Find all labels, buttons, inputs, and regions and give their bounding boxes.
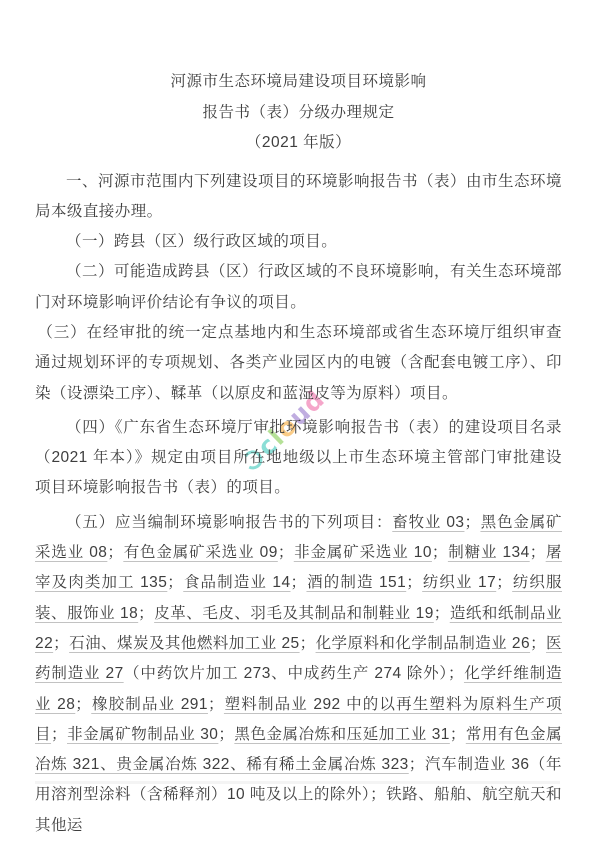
paragraph: （二）可能造成跨县（区）行政区域的不良环境影响，有关生态环境部门对环境影响评价结… [35, 257, 562, 318]
text-segment: ； [530, 544, 546, 561]
title-line-1: 河源市生态环境局建设项目环境影响 [35, 67, 562, 98]
proofing-underlined-term: 食品制造业 14 [183, 574, 290, 591]
document-body: 一、河源市范围内下列建设项目的环境影响报告书（表）由市生态环境局本级直接办理。（… [35, 167, 562, 841]
text-segment: ； [450, 726, 466, 743]
proofing-underlined-term: 畜牧业 03 [392, 514, 464, 531]
title-line-3: （2021 年版） [35, 128, 562, 159]
text-segment: ； [434, 605, 450, 622]
proofing-underlined-term: 石油、煤炭及其他燃料加工业 25 [69, 635, 299, 652]
text-segment: ； [218, 726, 234, 743]
document-content: 河源市生态环境局建设项目环境影响 报告书（表）分级办理规定 （2021 年版） … [35, 67, 562, 841]
proofing-underlined-term: 非金属矿物制品业 30 [67, 726, 218, 743]
document-title: 河源市生态环境局建设项目环境影响 报告书（表）分级办理规定 （2021 年版） [35, 67, 562, 159]
document-page: cloud 河源市生态环境局建设项目环境影响 报告书（表）分级办理规定 （202… [0, 0, 595, 841]
text-segment: ； [432, 544, 448, 561]
paragraph: （一）跨县（区）级行政区域的项目。 [35, 227, 562, 257]
proofing-underlined-term: 有色金属矿采选业 09 [123, 544, 278, 561]
text-segment: （三）在经审批的统一定点基地内和生态环境部或省生态环境厅组织审查通过规划环评的专… [35, 324, 562, 402]
text-segment: ； [496, 574, 512, 591]
paragraph: （三）在经审批的统一定点基地内和生态环境部或省生态环境厅组织审查通过规划环评的专… [35, 318, 562, 409]
text-segment: （二）可能造成跨县（区）行政区域的不良环境影响，有关生态环境部门对环境影响评价结… [35, 263, 562, 310]
text-segment: （中药饮片加工 273、中成药生产 274 除外）； [124, 665, 464, 682]
text-segment: ； [530, 635, 546, 652]
page-bottom-rule [35, 781, 560, 784]
text-segment: （一）跨县（区）级行政区域的项目。 [66, 233, 337, 250]
proofing-underlined-term: 非金属矿采选业 10 [294, 544, 432, 561]
text-segment: ； [75, 696, 91, 713]
text-segment: ； [300, 635, 316, 652]
text-segment: （四）《广东省生态环境厅审批环境影响报告书（表）的建设项目名录（2021 年本）… [35, 419, 562, 497]
paragraph: 一、河源市范围内下列建设项目的环境影响报告书（表）由市生态环境局本级直接办理。 [35, 167, 562, 228]
text-segment: ； [107, 544, 123, 561]
paragraph: （四）《广东省生态环境厅审批环境影响报告书（表）的建设项目名录（2021 年本）… [35, 413, 562, 504]
proofing-underlined-term: 纺织业 17 [422, 574, 496, 591]
text-segment: ； [464, 514, 480, 531]
paragraph: （五）应当编制环境影响报告书的下列项目：畜牧业 03；黑色金属矿采选业 08；有… [35, 508, 562, 841]
text-segment: （五）应当编制环境影响报告书的下列项目： [66, 514, 392, 531]
text-segment: ； [51, 726, 67, 743]
text-segment: ； [291, 574, 307, 591]
text-segment: 一、河源市范围内下列建设项目的环境影响报告书（表）由市生态环境局本级直接办理。 [35, 173, 562, 220]
text-segment: ； [208, 696, 224, 713]
proofing-underlined-term: 化学原料和化学制品制造业 26 [316, 635, 531, 652]
text-segment: ； [138, 605, 154, 622]
proofing-underlined-term: 黑色金属冶炼和压延加工业 31 [234, 726, 450, 743]
title-line-2: 报告书（表）分级办理规定 [35, 98, 562, 129]
proofing-underlined-term: 皮革、毛皮、羽毛及其制品和制鞋业 19 [154, 605, 434, 622]
proofing-underlined-term: 制糖业 134 [448, 544, 530, 561]
text-segment: ； [409, 756, 425, 773]
proofing-underlined-term: 橡胶制品业 291 [91, 696, 208, 713]
proofing-underlined-term: 酒的制造 151 [306, 574, 406, 591]
text-segment: ； [53, 635, 69, 652]
text-segment: ； [278, 544, 294, 561]
text-segment: ； [167, 574, 183, 591]
text-segment: ； [406, 574, 422, 591]
